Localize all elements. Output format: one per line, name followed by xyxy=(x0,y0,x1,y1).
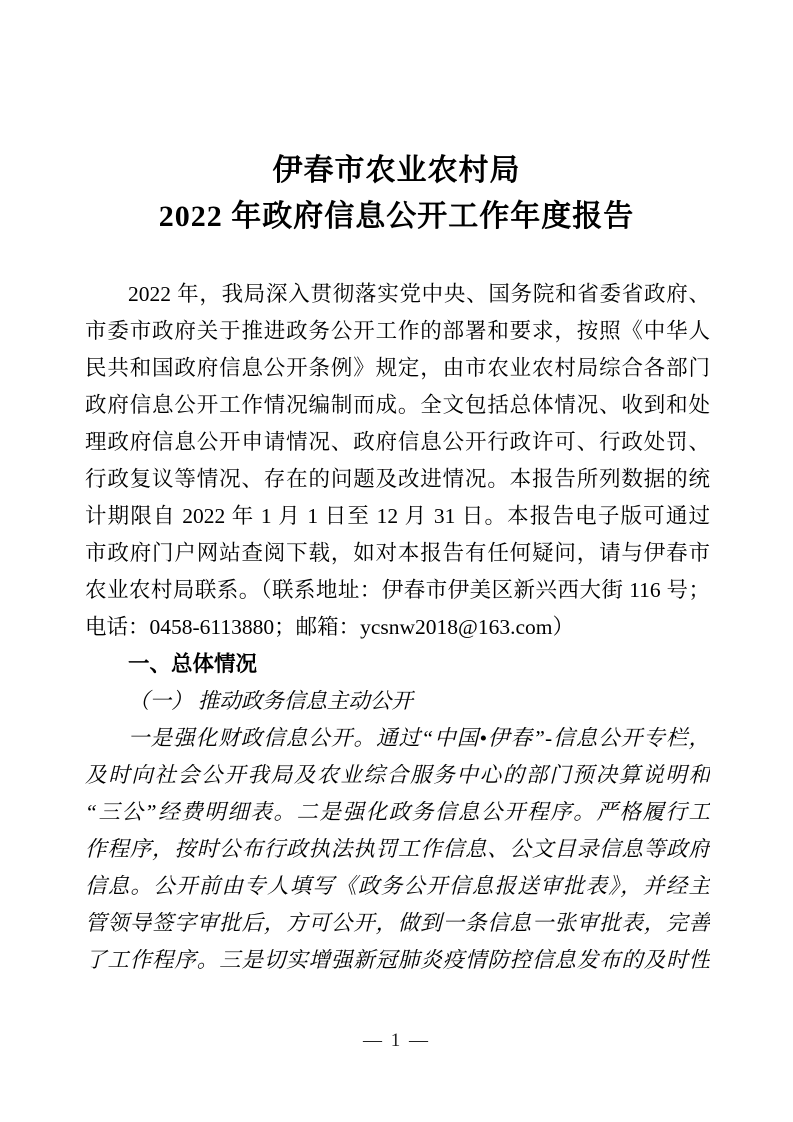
paragraph-line: 信息。公开前由专人填写《政务公开信息报送审批表》，并经主 xyxy=(85,868,710,905)
section-subheading: （一） 推动政务信息主动公开 xyxy=(85,683,710,720)
document-body: 2022 年，我局深入贯彻落实党中央、国务院和省委省政府、 市委市政府关于推进政… xyxy=(85,276,710,979)
section-heading: 一、总体情况 xyxy=(85,646,710,683)
paragraph-line: 民共和国政府信息公开条例》规定，由市农业农村局综合各部门 xyxy=(85,350,710,387)
paragraph-line: 一是强化财政信息公开。通过“中国•伊春”-信息公开专栏， xyxy=(85,720,710,757)
paragraph-line: 农业农村局联系。（联系地址：伊春市伊美区新兴西大街 116 号； xyxy=(85,572,710,609)
paragraph-line: 作程序，按时公布行政执法执罚工作信息、公文目录信息等政府 xyxy=(85,831,710,868)
page-number: — 1 — xyxy=(0,1030,793,1052)
paragraph-line: 市政府门户网站查阅下载，如对本报告有任何疑问，请与伊春市 xyxy=(85,535,710,572)
paragraph-line: 2022 年，我局深入贯彻落实党中央、国务院和省委省政府、 xyxy=(85,276,710,313)
paragraph-line: 管领导签字审批后，方可公开，做到一条信息一张审批表，完善 xyxy=(85,905,710,942)
paragraph-line: 行政复议等情况、存在的问题及改进情况。本报告所列数据的统 xyxy=(85,461,710,498)
paragraph-line-contact: 电话：0458-6113880；邮箱：ycsnw2018@163.com） xyxy=(85,609,710,646)
paragraph-line: “三公”经费明细表。二是强化政务信息公开程序。严格履行工 xyxy=(85,794,710,831)
document-page: 伊春市农业农村局 2022 年政府信息公开工作年度报告 2022 年，我局深入贯… xyxy=(0,0,793,1122)
section-paragraph: 一是强化财政信息公开。通过“中国•伊春”-信息公开专栏， 及时向社会公开我局及农… xyxy=(85,720,710,979)
paragraph-line: 及时向社会公开我局及农业综合服务中心的部门预决算说明和 xyxy=(85,757,710,794)
paragraph-line: 市委市政府关于推进政务公开工作的部署和要求，按照《中华人 xyxy=(85,313,710,350)
document-title-line-2: 2022 年政府信息公开工作年度报告 xyxy=(0,194,793,240)
paragraph-line: 计期限自 2022 年 1 月 1 日至 12 月 31 日。本报告电子版可通过 xyxy=(85,498,710,535)
paragraph-line: 了工作程序。三是切实增强新冠肺炎疫情防控信息发布的及时性 xyxy=(85,942,710,979)
document-title: 伊春市农业农村局 2022 年政府信息公开工作年度报告 xyxy=(0,148,793,240)
paragraph-line: 政府信息公开工作情况编制而成。全文包括总体情况、收到和处 xyxy=(85,387,710,424)
intro-paragraph: 2022 年，我局深入贯彻落实党中央、国务院和省委省政府、 市委市政府关于推进政… xyxy=(85,276,710,646)
paragraph-line: 理政府信息公开申请情况、政府信息公开行政许可、行政处罚、 xyxy=(85,424,710,461)
document-title-line-1: 伊春市农业农村局 xyxy=(0,148,793,194)
